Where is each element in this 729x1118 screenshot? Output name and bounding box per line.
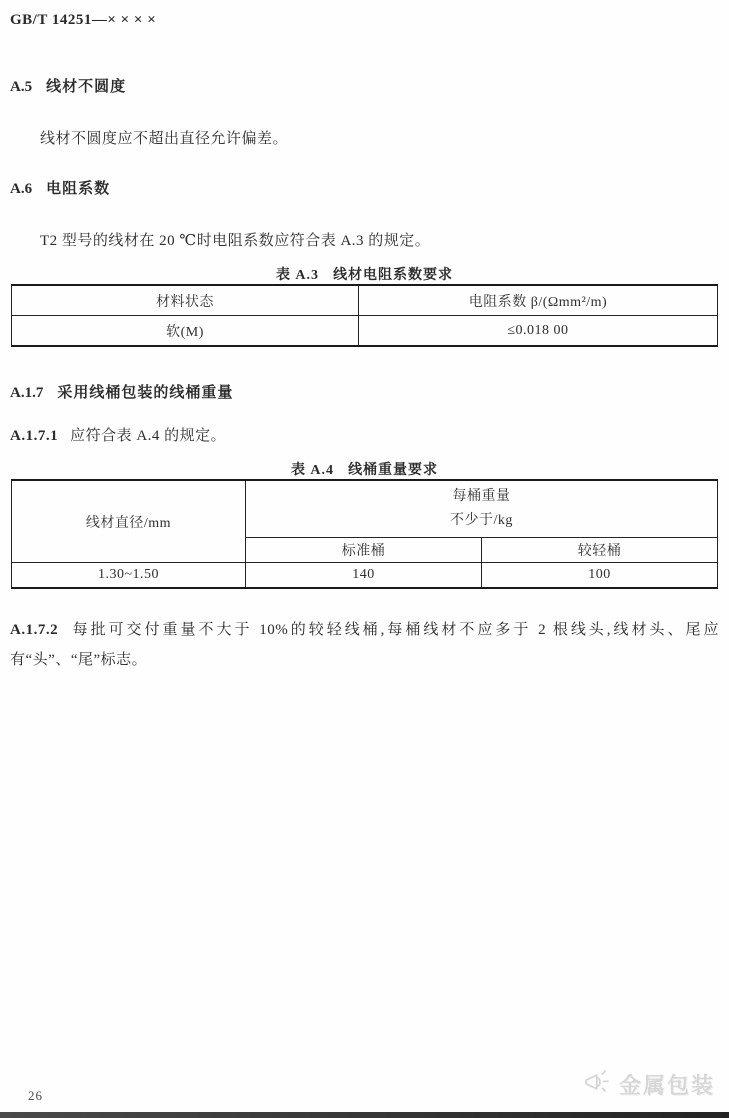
megaphone-icon [583, 1069, 613, 1100]
table-a4-cell-standard: 140 [245, 563, 481, 589]
table-a4-cell-lighter: 100 [481, 563, 717, 589]
table-a4-data-row: 1.30~1.50 140 100 [12, 563, 718, 589]
table-a3-caption-label: 表 A.3 [276, 268, 319, 283]
clause-a171-text: 应符合表 A.4 的规定。 [70, 428, 226, 444]
clause-a172-paragraph: A.1.7.2每批可交付重量不大于 10%的较轻线桶,每桶线材不应多于 2 根线… [10, 615, 719, 675]
clause-a172-number: A.1.7.2 [10, 622, 58, 638]
table-a4-caption-label: 表 A.4 [291, 463, 334, 478]
clause-a17-title: 采用线桶包装的线桶重量 [57, 384, 233, 401]
clause-a172-text: 每批可交付重量不大于 10%的较轻线桶,每桶线材不应多于 2 根线头,线材头、尾… [10, 622, 719, 668]
table-a3-header-row: 材料状态 电阻系数 β/(Ωmm²/m) [12, 285, 718, 316]
table-a3-cell-material: 软(M) [12, 316, 359, 347]
table-a4-header-weight-line1: 每桶重量 [246, 485, 717, 509]
clause-a171-paragraph: A.1.7.1应符合表 A.4 的规定。 [10, 426, 719, 446]
table-a4-header-lighter-barrel: 较轻桶 [481, 538, 717, 563]
table-a4-header-weight-group: 每桶重量 不少于/kg [245, 480, 717, 538]
table-a4-header-wire-diameter: 线材直径/mm [12, 480, 246, 563]
clause-a6-paragraph: T2 型号的线材在 20 ℃时电阻系数应符合表 A.3 的规定。 [10, 231, 719, 251]
clause-a5-title: 线材不圆度 [46, 78, 126, 95]
document-page: GB/T 14251—× × × × A.5线材不圆度 线材不圆度应不超出直径允… [0, 0, 729, 1118]
clause-a171-number: A.1.7.1 [10, 428, 58, 444]
table-a4-header-standard-barrel: 标准桶 [245, 538, 481, 563]
table-a4-caption-title: 线桶重量要求 [348, 461, 438, 477]
table-a3: 材料状态 电阻系数 β/(Ωmm²/m) 软(M) ≤0.018 00 [11, 284, 718, 347]
table-a3-cell-resistivity: ≤0.018 00 [358, 316, 717, 347]
table-a4-header-weight-line2: 不少于/kg [246, 509, 717, 533]
publisher-watermark: 金属包装 [583, 1069, 715, 1100]
table-a3-caption: 表 A.3线材电阻系数要求 [0, 266, 729, 284]
table-a3-header-material-state: 材料状态 [12, 285, 359, 316]
clause-a6-title: 电阻系数 [46, 180, 110, 197]
bottom-edge-bar [0, 1112, 729, 1118]
table-a4-group-header-row: 线材直径/mm 每桶重量 不少于/kg [12, 480, 718, 538]
table-a4-caption: 表 A.4线桶重量要求 [0, 461, 729, 479]
table-a3-header-resistivity: 电阻系数 β/(Ωmm²/m) [358, 285, 717, 316]
clause-a5-paragraph: 线材不圆度应不超出直径允许偏差。 [10, 129, 719, 149]
clause-a6-number: A.6 [10, 181, 32, 197]
page-number: 26 [28, 1088, 43, 1104]
clause-a6-heading: A.6电阻系数 [10, 180, 719, 198]
clause-a5-heading: A.5线材不圆度 [10, 78, 719, 96]
table-a3-data-row: 软(M) ≤0.018 00 [12, 316, 718, 347]
clause-a5-number: A.5 [10, 79, 32, 95]
clause-a17-number: A.1.7 [10, 385, 43, 401]
clause-a17-heading: A.1.7采用线桶包装的线桶重量 [10, 384, 719, 402]
table-a4: 线材直径/mm 每桶重量 不少于/kg 标准桶 较轻桶 1.30~1.50 14… [11, 479, 718, 589]
table-a3-caption-title: 线材电阻系数要求 [333, 266, 453, 282]
doc-standard-number: GB/T 14251—× × × × [0, 0, 729, 29]
watermark-text: 金属包装 [619, 1069, 715, 1100]
table-a4-cell-diameter: 1.30~1.50 [12, 563, 246, 589]
